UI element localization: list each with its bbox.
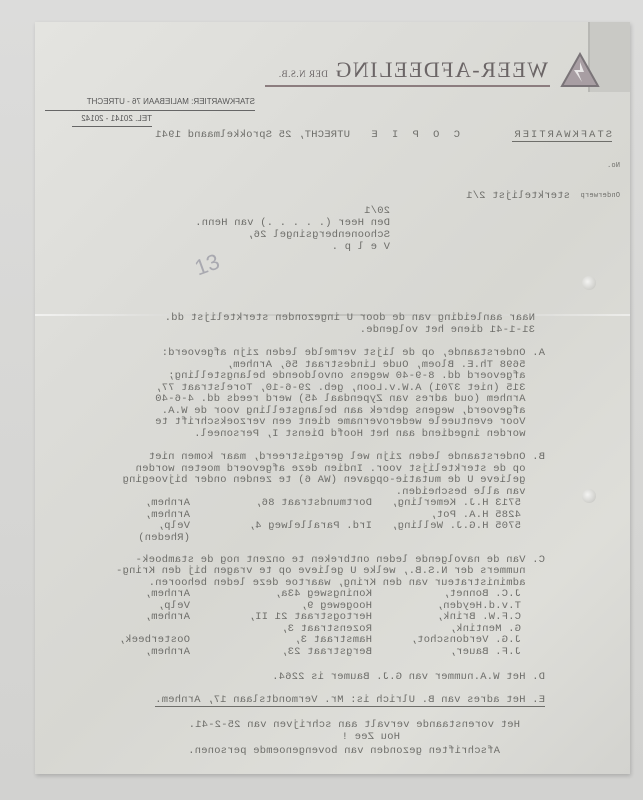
subject-label: Onderwerp — [580, 192, 620, 200]
body-line: afgevoerd dd. 8-9-40 wegens onvoldoende … — [168, 370, 545, 382]
body-line: 5705 H.G.J. Welling, — [391, 520, 521, 532]
body-line: 31-1-41 diene het volgende. — [359, 324, 535, 336]
body-line: van alle bescheiden. — [395, 486, 545, 498]
body-line: op de sterktelijst voor. Indien deze afg… — [135, 463, 545, 475]
body-line: D. Het W.A.nummer van G.J. Baumer is 226… — [272, 671, 545, 683]
body-line: worden ingediend aan het Hoofd Dienst I,… — [194, 428, 545, 440]
body-line: Arnhem, — [144, 611, 190, 623]
body-line: C.F.W. Brink, — [436, 611, 521, 623]
department-label: STAFKWARTIER — [512, 129, 612, 142]
body-line: nummers der N.S.B., welke U gelieve op t… — [116, 565, 545, 577]
body-line: C. Van de navolgende leden ontbreken te … — [135, 554, 545, 566]
org-title: WEER-AFDEELINGDER N.S.B. — [278, 57, 548, 83]
body-line: gelieve U de mutatie-opgaven (WA 6) te z… — [122, 474, 545, 486]
body-line: afgevoerd, wegens gebrek aan belangstell… — [161, 405, 545, 417]
document-sheet: WEER-AFDEELINGDER N.S.B. STAFKWARTIER: M… — [35, 22, 630, 774]
body-line: Koningsweg 43a, — [274, 588, 372, 600]
wa-triangle-logo-icon — [560, 52, 600, 88]
copy-label: C O P I E — [367, 129, 460, 141]
body-line: J.C. Bonnet, — [443, 588, 521, 600]
body-line: Dortmundstraat 86, — [255, 497, 372, 509]
body-line: Arnhem, — [144, 497, 190, 509]
body-line: 5698 Th.E. Bloem, Oude Lindestraat 56, A… — [226, 359, 545, 371]
body-line: Hamstraat 3, — [294, 634, 372, 646]
body-line: Ird. Parallelweg 4, — [248, 520, 372, 532]
body-line: Arnhem, — [144, 588, 190, 600]
body-line: Naar aanleiding van de door U ingezonden… — [164, 312, 535, 324]
subject: sterktelijst 2/1 — [466, 190, 570, 202]
body-line: Bergstraat 23, — [281, 646, 372, 658]
body-line: Het vorenstaande vervalt aan schrijven v… — [188, 719, 520, 731]
body-line: J.G. Verdonschot, — [410, 634, 521, 646]
org-address: STAFKWARTIER: MALIEBAAN 76 - UTRECHT — [87, 97, 255, 106]
body-line: 5713 H.J. Kemerling, — [391, 497, 521, 509]
number-label: No. — [607, 162, 620, 170]
body-line: T.v.d.Heyden, — [436, 600, 521, 612]
body-line: Hertogstraat 21 II, — [248, 611, 372, 623]
body-line: J.F. Bauer, — [449, 646, 521, 658]
phone-rule — [72, 126, 152, 127]
body-line: Voor eventueele wederovername dient een … — [155, 416, 545, 428]
body-line: Rozenstraat 3, — [281, 623, 372, 635]
addressee-city: V e l p . — [331, 241, 390, 253]
addressee-name: Den Heer (. . . . .) van Henn. — [195, 217, 390, 229]
body-line: A. Onderstaande, op de lijst vermelde le… — [161, 347, 545, 359]
address-rule — [45, 110, 255, 111]
body-line: G. Mentink, — [449, 623, 521, 635]
body-line: B. Onderstaande leden zijn wel geregistr… — [148, 451, 545, 463]
body-line: (Rheden) — [138, 532, 190, 544]
letterhead-rule — [265, 85, 550, 87]
body-line: Hoogeweg 9, — [300, 600, 372, 612]
body-line: administrateur van den Kring, waartoe de… — [148, 577, 545, 589]
body-line: Arnhem, — [144, 509, 190, 521]
body-line: 315 (niet 3701) A.W.v.Loon, geb. 29-6-10… — [155, 382, 545, 394]
body-line: Arnhem, — [144, 646, 190, 658]
body-line: Velp, — [157, 520, 190, 532]
body-line: E. Het adres van B. Ulrich is: Mr. Vermo… — [155, 694, 545, 707]
body-line: Velp, — [157, 600, 190, 612]
body-line: Afschriften gezonden van bovengenoemde p… — [188, 745, 500, 757]
org-phone: TEL. 20141 - 20142 — [81, 114, 152, 123]
addressee-ref: 20/1 — [364, 205, 390, 217]
body-line: 4285 H.A. Pot, — [430, 509, 521, 521]
body-line: Hou Zee ! — [341, 731, 400, 743]
body-line: Oosterbeek, — [118, 634, 190, 646]
place-date: UTRECHT, 25 Sprokkelmaand 1941 — [155, 129, 350, 141]
mirrored-content: WEER-AFDEELINGDER N.S.B. STAFKWARTIER: M… — [35, 22, 630, 774]
body-line: Arnhem (oud adres van Zypendaal 45) werd… — [155, 393, 545, 405]
addressee-street: Schoonenbergsingel 26, — [247, 229, 390, 241]
